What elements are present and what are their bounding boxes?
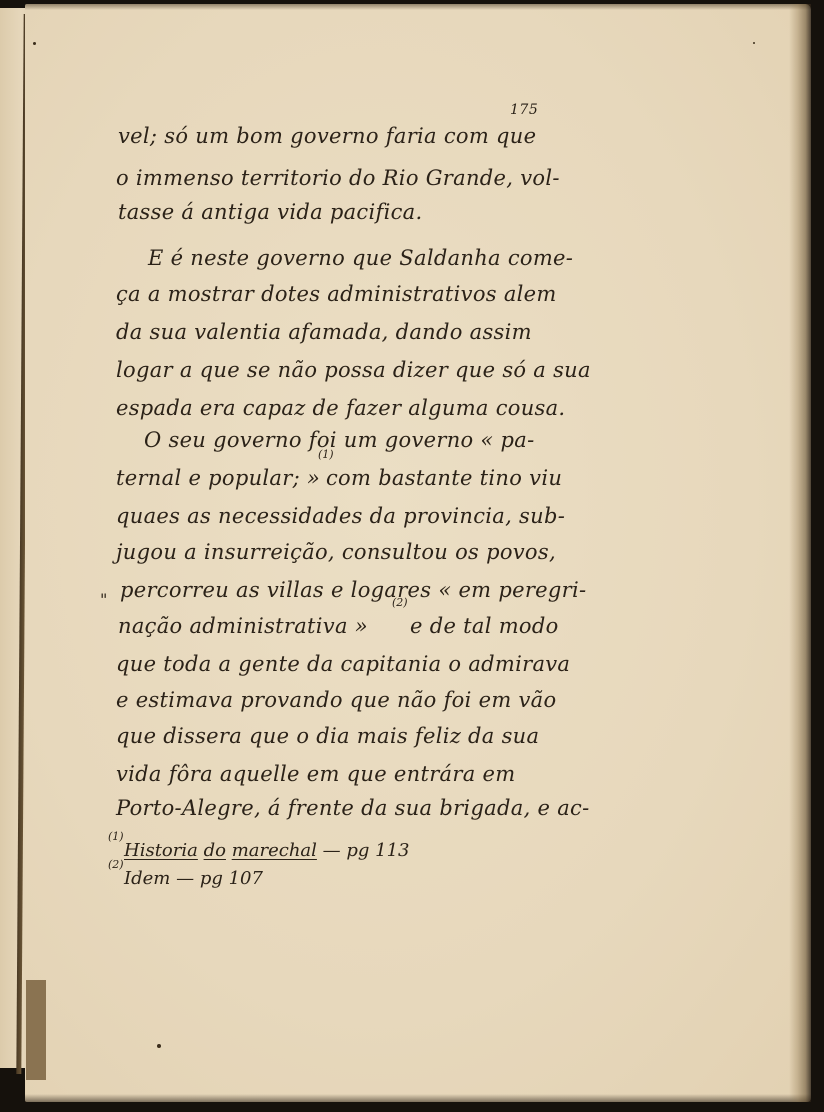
text-line: percorreu as villas e logares « em pereg… (120, 578, 586, 602)
footnote-page-ref: — pg 107 (176, 868, 263, 889)
text-line: e estimava provando que não foi em vão (116, 688, 556, 712)
footnote-ref-1: (1) (318, 448, 334, 461)
footnote-ref-2: (2) (392, 596, 408, 609)
text-line: que dissera que o dia mais feliz da sua (116, 724, 539, 748)
footnote-page-ref: — pg 113 (323, 840, 410, 861)
footnote-title-word: do (204, 840, 226, 861)
footnote-marker: (2) (108, 858, 124, 871)
text-line: e de tal modo (410, 614, 559, 638)
margin-quote-mark: " (100, 590, 107, 609)
text-line: O seu governo foi um governo « pa- (144, 428, 535, 452)
footnote-text: Idem (124, 868, 170, 889)
text-line: Porto-Alegre, á frente da sua brigada, e… (116, 796, 590, 820)
text-line: com bastante tino viu (326, 466, 562, 490)
text-line: nação administrativa » (118, 614, 368, 638)
footnote-title-word: Historia (124, 840, 198, 861)
text-line: E é neste governo que Saldanha come- (148, 246, 573, 270)
text-line: logar a que se não possa dizer que só a … (116, 358, 591, 382)
text-line: da sua valentia afamada, dando assim (116, 320, 532, 344)
text-line: quaes as necessidades da provincia, sub- (116, 504, 565, 528)
text-line: vida fôra aquelle em que entrára em (116, 762, 515, 786)
footnote-marker: (1) (108, 830, 124, 843)
text-line: espada era capaz de fazer alguma cousa. (116, 396, 565, 420)
text-line: jugou a insurreição, consultou os povos, (116, 540, 556, 564)
text-line: vel; só um bom governo faria com que (118, 124, 536, 148)
page-number: 175 (510, 102, 538, 118)
handwritten-text: 175 vel; só um bom governo faria com que… (0, 0, 824, 1112)
text-line: tasse á antiga vida pacifica. (118, 200, 422, 224)
footnote-title-word: marechal (232, 840, 317, 861)
text-line: ternal e popular; » (116, 466, 320, 490)
text-line: que toda a gente da capitania o admirava (116, 652, 570, 676)
text-line: o immenso territorio do Rio Grande, vol- (116, 166, 560, 190)
text-line: ça a mostrar dotes administrativos alem (116, 282, 557, 306)
